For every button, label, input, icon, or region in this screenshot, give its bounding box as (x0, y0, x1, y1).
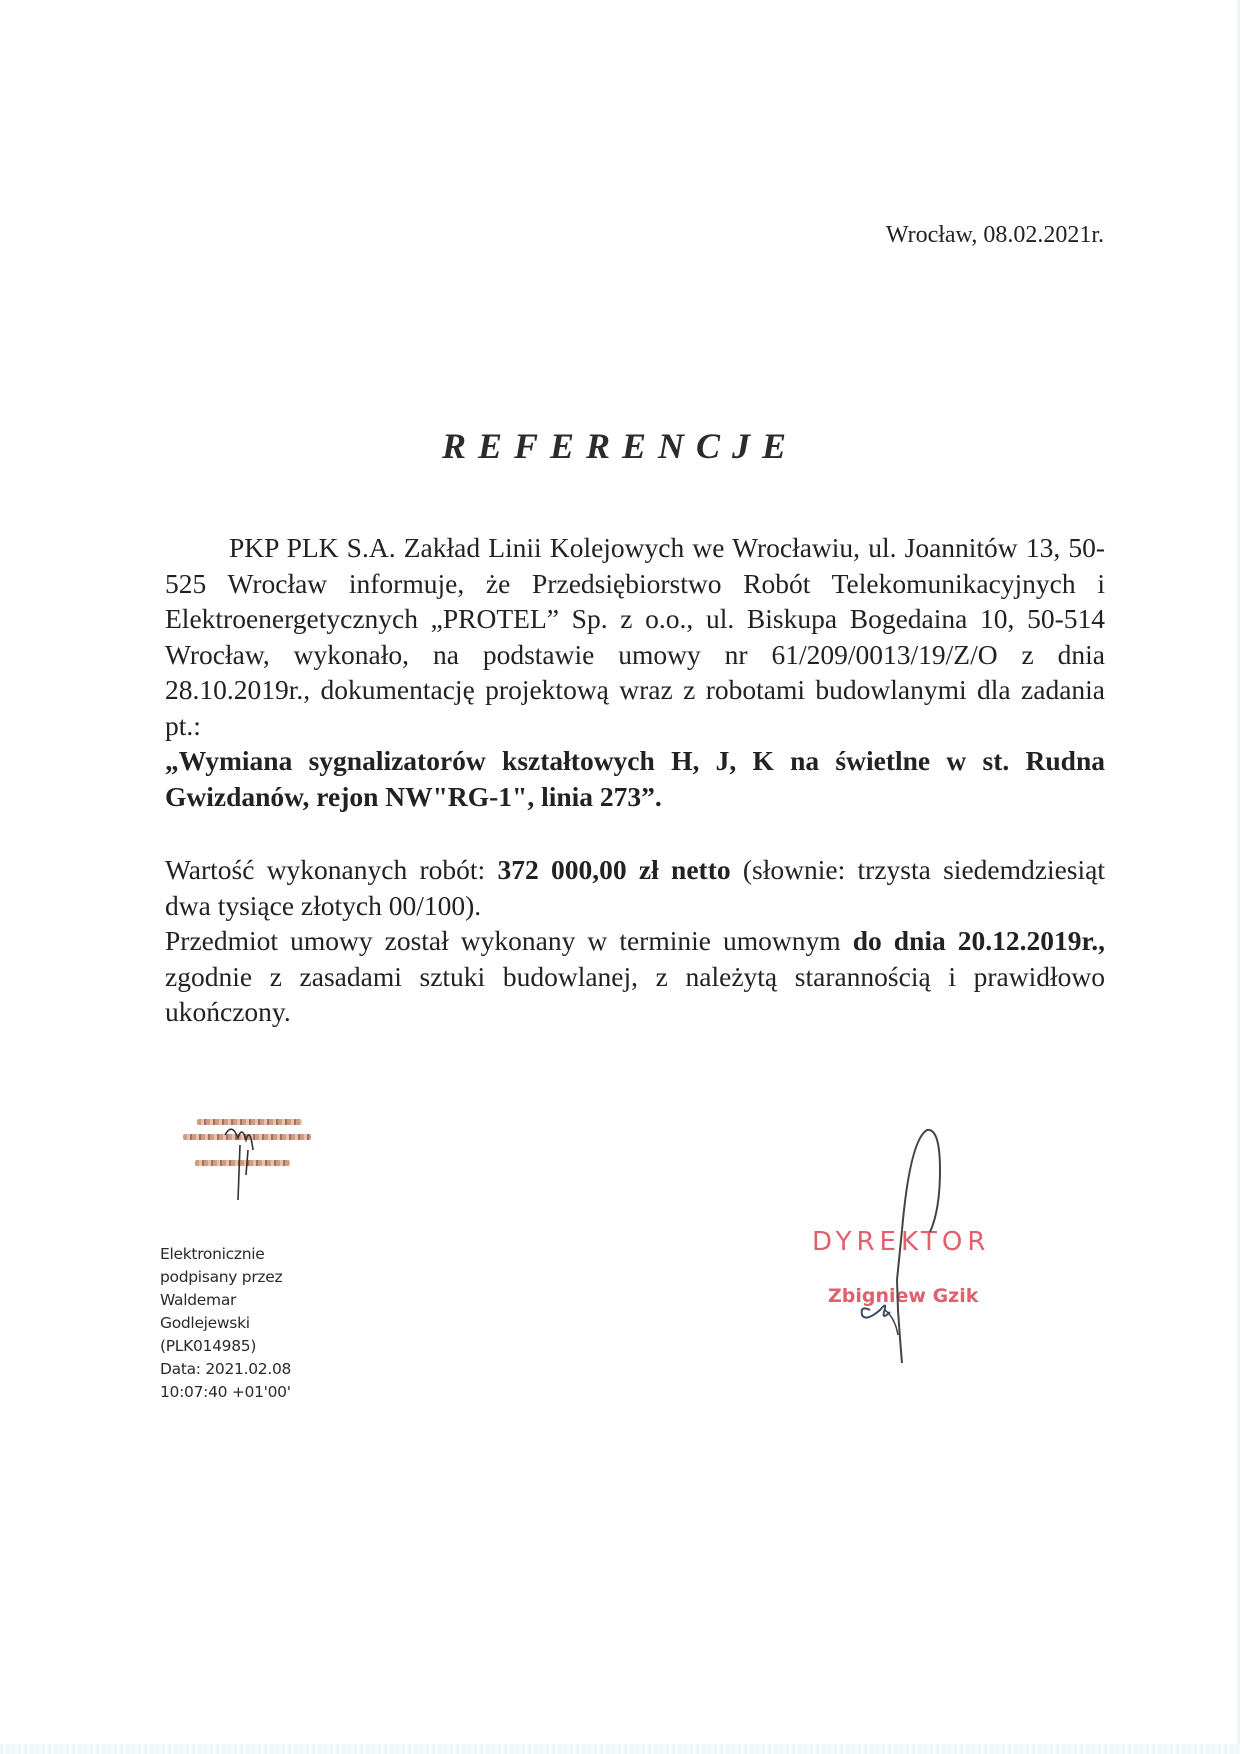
director-stamp-name: Zbigniew Gzik (828, 1285, 978, 1307)
place-date: Wrocław, 08.02.2021r. (886, 222, 1104, 249)
paragraph-value: Wartość wykonanych robót: 372 000,00 zł … (165, 852, 1105, 923)
completion-deadline: do dnia 20.12.2019r., (853, 925, 1105, 956)
document-body: PKP PLK S.A. Zakład Linii Kolejowych we … (165, 530, 1105, 1030)
director-stamp-role: DYREKTOR (812, 1227, 990, 1257)
official-stamp (175, 1110, 305, 1210)
document-page: Wrocław, 08.02.2021r. REFERENCJE PKP PLK… (0, 0, 1240, 1754)
paragraph-intro: PKP PLK S.A. Zakład Linii Kolejowych we … (165, 530, 1105, 743)
completion-suffix: zgodnie z zasadami sztuki budowlanej, z … (165, 961, 1105, 1028)
value-prefix: Wartość wykonanych robót: (165, 854, 497, 885)
electronic-signature-info: Elektronicznie podpisany przez Waldemar … (160, 1243, 291, 1404)
value-amount: 372 000,00 zł netto (497, 854, 730, 885)
task-title: „Wymiana sygnalizatorów kształtowych H, … (165, 743, 1105, 814)
completion-prefix: Przedmiot umowy został wykonany w termin… (165, 925, 853, 956)
scan-bottom-strip (0, 1744, 1240, 1754)
document-title: REFERENCJE (0, 425, 1240, 467)
paragraph-completion: Przedmiot umowy został wykonany w termin… (165, 923, 1105, 1030)
